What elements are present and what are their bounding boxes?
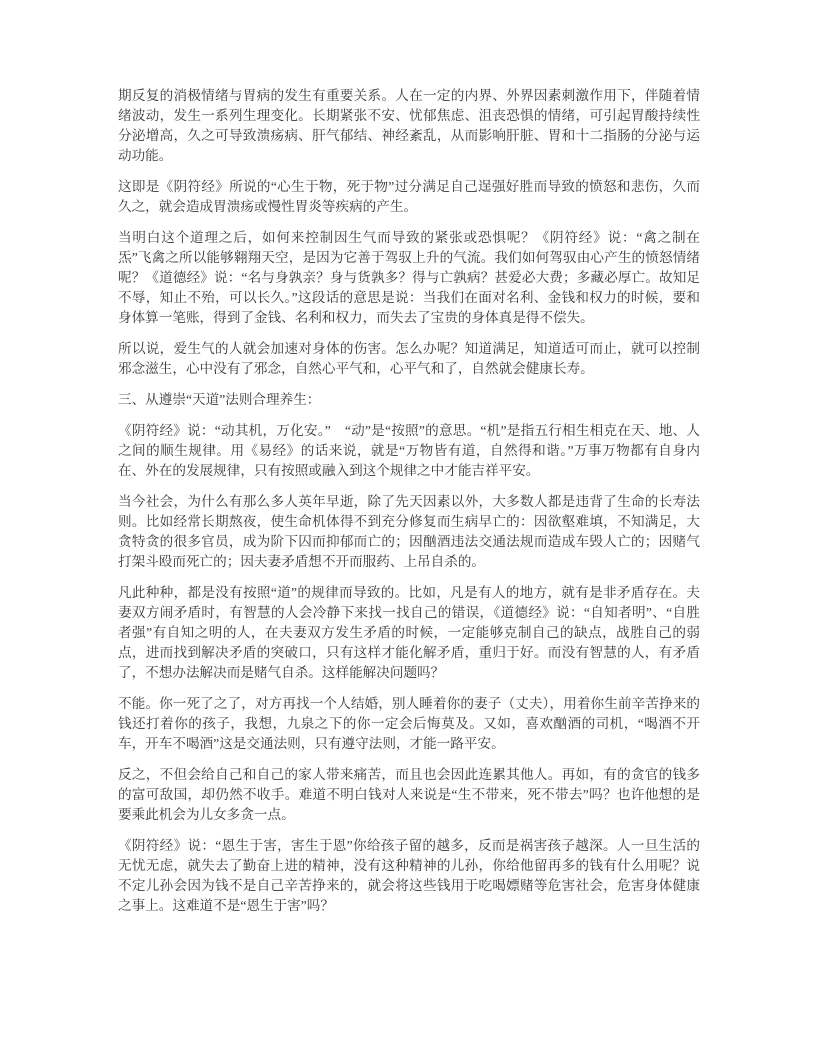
paragraph-contentment: 所以说，爱生气的人就会加速对身体的伤害。怎么办呢？知道满足，知道适可而止，就可以… (118, 339, 700, 379)
paragraph-en-sheng-yu-hai: 《阴符经》说：“恩生于害，害生于恩”你给孩子留的越多，反而是祸害孩子越深。人一旦… (118, 836, 700, 916)
paragraph-control-anger: 当明白这个道理之后，如何来控制因生气而导致的紧张或恐惧呢？《阴符经》说：“禽之制… (118, 228, 700, 328)
paragraph-stomach-emotions: 期反复的消极情绪与胃病的发生有重要关系。人在一定的内界、外界因素刺激作用下，伴随… (118, 86, 700, 166)
document-page: 期反复的消极情绪与胃病的发生有重要关系。人在一定的内界、外界因素刺激作用下，伴随… (0, 0, 816, 1056)
paragraph-suicide-consequence: 不能。你一死了之了，对方再找一个人结婚，别人睡着你的妻子（丈夫），用着你生前辛苦… (118, 694, 700, 754)
paragraph-dao-conflicts: 凡此种种，都是没有按照“道”的规律而导致的。比如，凡是有人的地方，就有是非矛盾存… (118, 583, 700, 683)
paragraph-corrupt-officials: 反之，不但会给自己和自己的家人带来痛苦，而且也会因此连累其他人。再如，有的贪官的… (118, 765, 700, 825)
section-heading-tiandao: 三、从遵崇“天道”法则合理养生： (118, 390, 700, 410)
paragraph-dongqiji: 《阴符经》说：“动其机，万化安。” “动”是“按照”的意思。“机”是指五行相生相… (118, 421, 700, 481)
paragraph-early-death-causes: 当今社会，为什么有那么多人英年早逝，除了先天因素以外，大多数人都是违背了生命的长… (118, 492, 700, 572)
paragraph-yinfujing-heart: 这即是《阴符经》所说的“心生于物，死于物”过分满足自己逞强好胜而导致的愤怒和悲伤… (118, 177, 700, 217)
